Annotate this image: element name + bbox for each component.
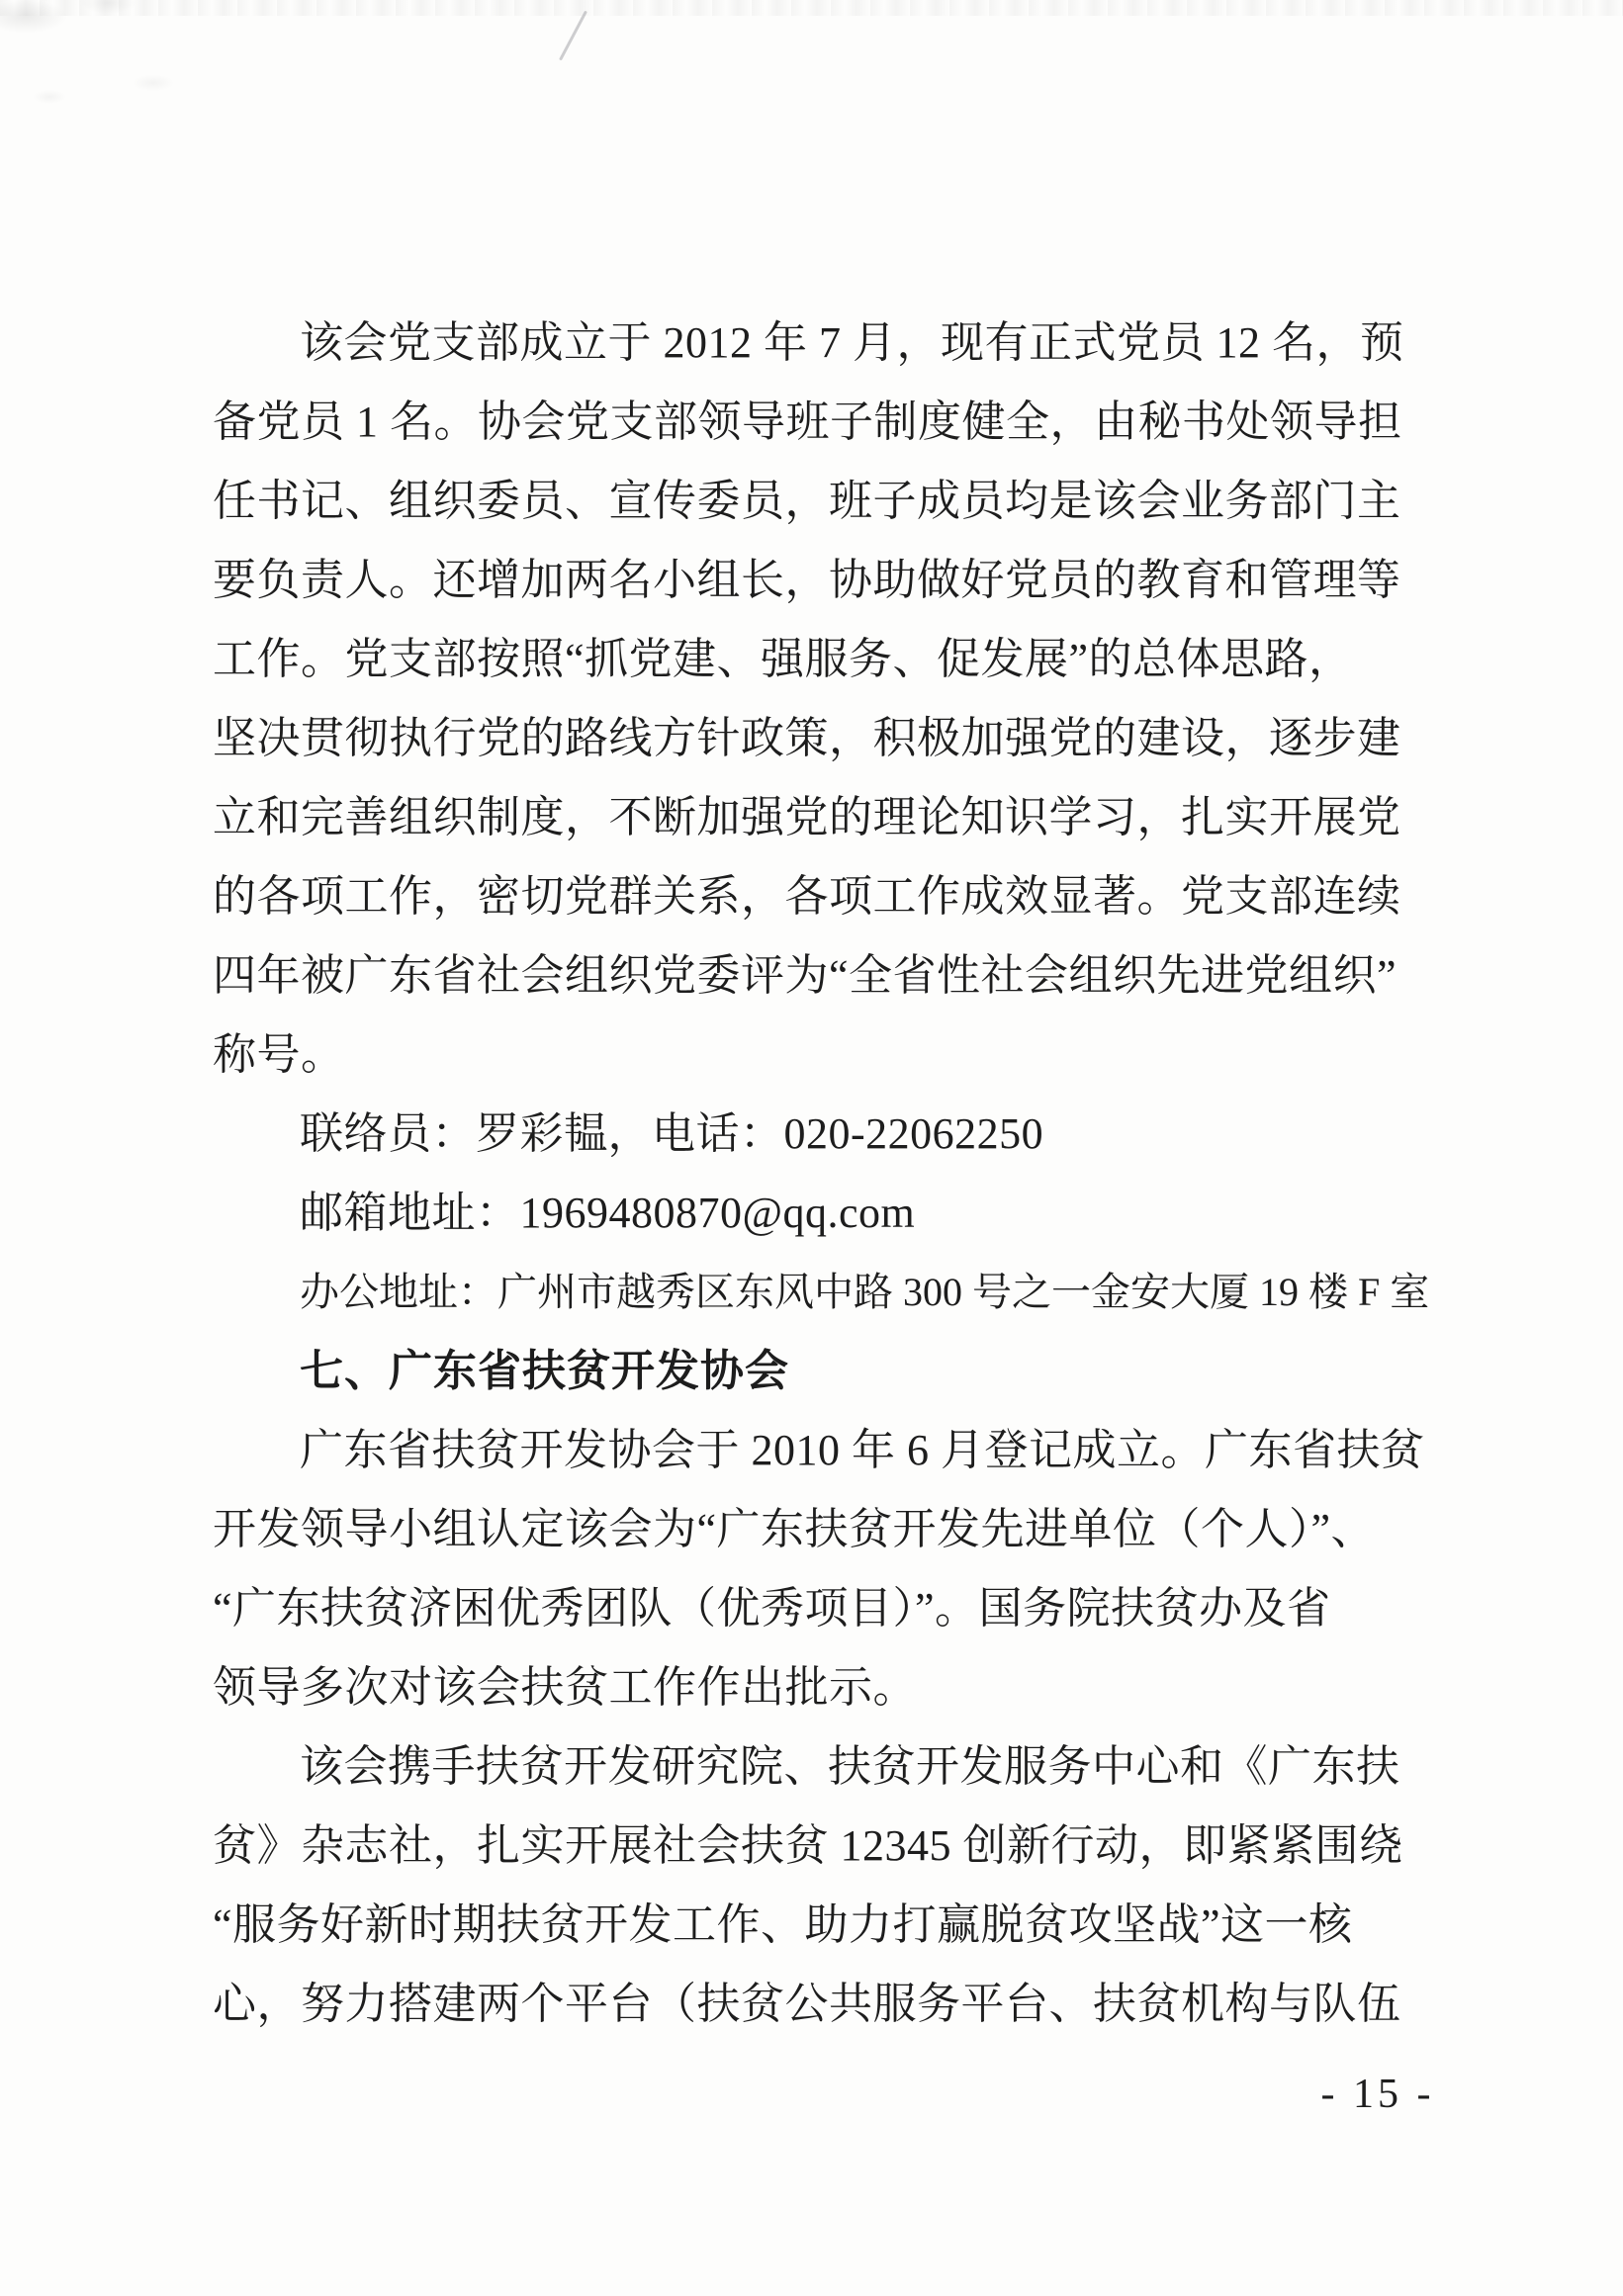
scan-artifact-squiggle	[559, 11, 587, 61]
text-line: 广东省扶贫开发协会于 2010 年 6 月登记成立。广东省扶贫	[213, 1411, 1429, 1490]
text-line: 开发领导小组认定该会为“广东扶贫开发先进单位（个人）”、	[213, 1490, 1429, 1569]
text-line: 坚决贯彻执行党的路线方针政策，积极加强党的建设，逐步建	[213, 699, 1429, 778]
text-line: 心，努力搭建两个平台（扶贫公共服务平台、扶贫机构与队伍	[213, 1965, 1429, 2044]
text-line: 立和完善组织制度，不断加强党的理论知识学习，扎实开展党	[213, 778, 1429, 857]
text-line: 办公地址：广州市越秀区东风中路 300 号之一金安大厦 19 楼 F 室	[213, 1253, 1429, 1332]
text-line: 领导多次对该会扶贫工作作出批示。	[213, 1648, 1429, 1727]
scan-artifact-blotch	[0, 0, 287, 125]
text-line: 该会携手扶贫开发研究院、扶贫开发服务中心和《广东扶	[213, 1727, 1429, 1807]
section-heading: 七、广东省扶贫开发协会	[213, 1332, 1429, 1411]
text-line: “广东扶贫济困优秀团队（优秀项目）”。国务院扶贫办及省	[213, 1569, 1429, 1648]
text-line: “服务好新时期扶贫开发工作、助力打赢脱贫攻坚战”这一核	[213, 1886, 1429, 1965]
scanned-document-page: 该会党支部成立于 2012 年 7 月，现有正式党员 12 名，预备党员 1 名…	[0, 0, 1623, 2296]
document-lines: 该会党支部成立于 2012 年 7 月，现有正式党员 12 名，预备党员 1 名…	[213, 304, 1429, 2044]
text-line: 该会党支部成立于 2012 年 7 月，现有正式党员 12 名，预	[213, 304, 1429, 383]
text-line: 贫》杂志社，扎实开展社会扶贫 12345 创新行动，即紧紧围绕	[213, 1807, 1429, 1886]
page-number: - 15 -	[1304, 2065, 1452, 2124]
text-line: 四年被广东省社会组织党委评为“全省性社会组织先进党组织”	[213, 936, 1429, 1016]
text-line: 要负责人。还增加两名小组长，协助做好党员的教育和管理等	[213, 541, 1429, 620]
text-line: 工作。党支部按照“抓党建、强服务、促发展”的总体思路，	[213, 620, 1429, 699]
text-line: 的各项工作，密切党群关系，各项工作成效显著。党支部连续	[213, 857, 1429, 936]
text-line: 联络员：罗彩韫，电话：020-22062250	[213, 1095, 1429, 1174]
text-line: 任书记、组织委员、宣传委员，班子成员均是该会业务部门主	[213, 462, 1429, 541]
text-line: 称号。	[213, 1016, 1429, 1095]
text-line: 邮箱地址：1969480870@qq.com	[213, 1174, 1429, 1253]
text-line: 备党员 1 名。协会党支部领导班子制度健全，由秘书处领导担	[213, 383, 1429, 462]
